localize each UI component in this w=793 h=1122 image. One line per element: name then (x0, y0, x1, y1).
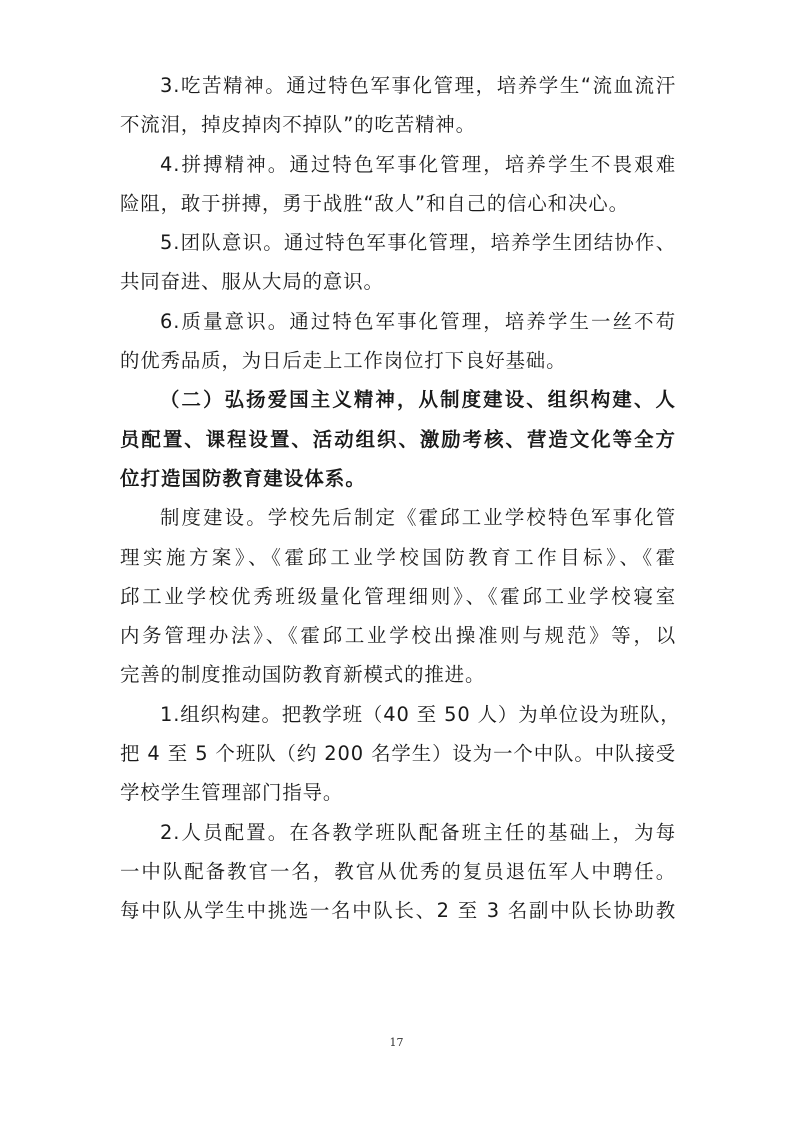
section-heading-line: （二）弘扬爱国主义精神，从制度建设、组织构建、人 (120, 380, 676, 419)
paragraph-line: 学校学生管理部门指导。 (120, 773, 676, 812)
paragraph-line: 险阻，敢于拼搏，勇于战胜“敌人”和自己的信心和决心。 (120, 184, 676, 223)
paragraph-line: 2.人员配置。在各教学班队配备班主任的基础上，为每 (120, 813, 676, 852)
paragraph-line: 理实施方案》、《霍邱工业学校国防教育工作目标》、《霍 (120, 538, 676, 577)
paragraph-line: 内务管理办法》、《霍邱工业学校出操准则与规范》等，以 (120, 616, 676, 655)
paragraph-line: 制度建设。学校先后制定《霍邱工业学校特色军事化管 (120, 498, 676, 537)
paragraph-line: 不流泪，掉皮掉肉不掉队”的吃苦精神。 (120, 105, 676, 144)
paragraph-line: 一中队配备教官一名，教官从优秀的复员退伍军人中聘任。 (120, 852, 676, 891)
paragraph-line: 邱工业学校优秀班级量化管理细则》、《霍邱工业学校寝室 (120, 577, 676, 616)
paragraph-line: 的优秀品质，为日后走上工作岗位打下良好基础。 (120, 341, 676, 380)
section-heading-line: 员配置、课程设置、活动组织、激励考核、营造文化等全方 (120, 420, 676, 459)
paragraph-line: 每中队从学生中挑选一名中队长、2 至 3 名副中队长协助教 (120, 891, 676, 930)
paragraph-line: 1.组织构建。把教学班（40 至 50 人）为单位设为班队， (120, 695, 676, 734)
document-page: 3.吃苦精神。通过特色军事化管理，培养学生“流血流汗 不流泪，掉皮掉肉不掉队”的… (0, 0, 793, 1122)
paragraph-line: 共同奋进、服从大局的意识。 (120, 262, 676, 301)
section-heading-line: 位打造国防教育建设体系。 (120, 459, 676, 498)
paragraph-line: 把 4 至 5 个班队（约 200 名学生）设为一个中队。中队接受 (120, 734, 676, 773)
paragraph-line: 5.团队意识。通过特色军事化管理，培养学生团结协作、 (120, 223, 676, 262)
page-body: 3.吃苦精神。通过特色军事化管理，培养学生“流血流汗 不流泪，掉皮掉肉不掉队”的… (120, 66, 676, 931)
paragraph-line: 6.质量意识。通过特色军事化管理，培养学生一丝不苟 (120, 302, 676, 341)
paragraph-line: 4.拼搏精神。通过特色军事化管理，培养学生不畏艰难 (120, 145, 676, 184)
paragraph-line: 完善的制度推动国防教育新模式的推进。 (120, 655, 676, 694)
paragraph-line: 3.吃苦精神。通过特色军事化管理，培养学生“流血流汗 (120, 66, 676, 105)
page-number: 17 (0, 1036, 793, 1049)
